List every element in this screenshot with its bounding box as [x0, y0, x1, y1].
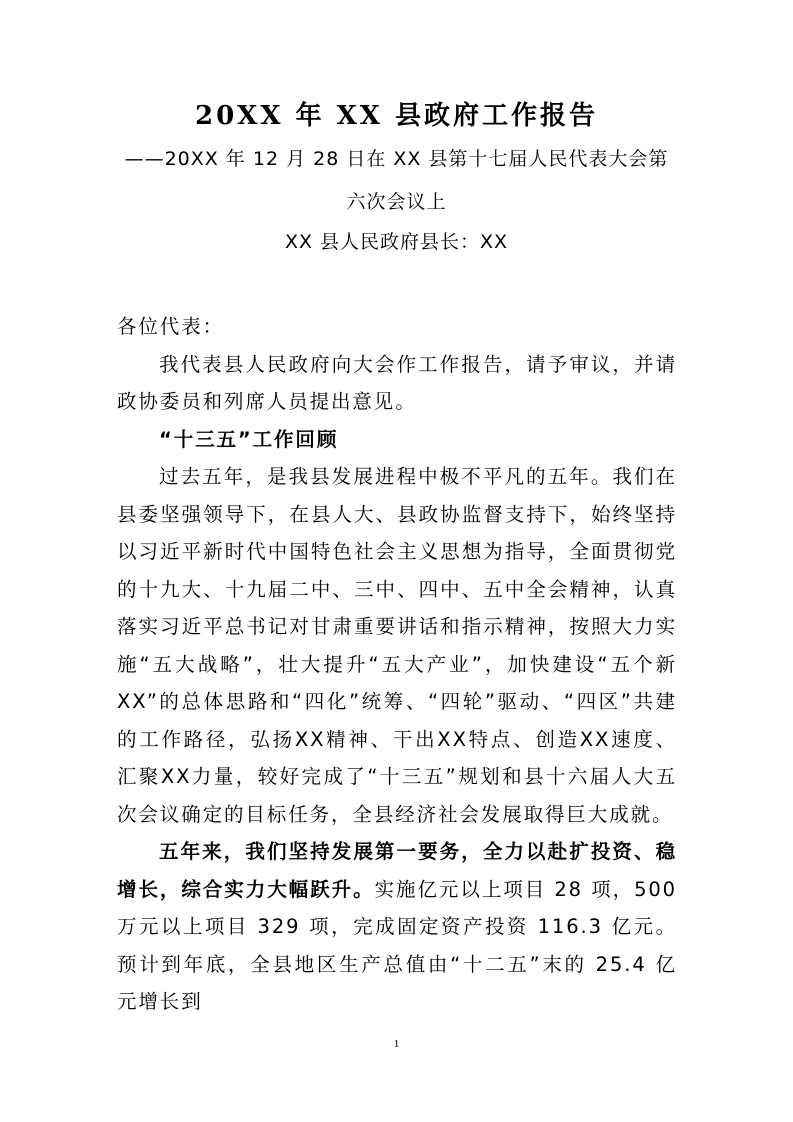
paragraph-investment: 五年来，我们坚持发展第一要务，全力以赴扩投资、稳增长，综合实力大幅跃升。实施亿元… — [117, 833, 677, 1021]
section-heading: “十三五”工作回顾 — [117, 421, 677, 459]
document-title: 20XX 年 XX 县政府工作报告 — [0, 96, 793, 136]
document-page: 20XX 年 XX 县政府工作报告 ——20XX 年 12 月 28 日在 XX… — [0, 0, 793, 1122]
document-body: 各位代表： 我代表县人民政府向大会作工作报告，请予审议，并请政协委员和列席人员提… — [117, 308, 677, 1021]
document-author: XX 县人民政府县长：XX — [0, 227, 793, 257]
document-subtitle-line2: 六次会议上 — [0, 187, 793, 217]
document-subtitle-line1: ——20XX 年 12 月 28 日在 XX 县第十七届人民代表大会第 — [0, 144, 793, 174]
salutation: 各位代表： — [117, 308, 677, 346]
page-number: 1 — [0, 1038, 793, 1050]
paragraph-review: 过去五年，是我县发展进程中极不平凡的五年。我们在县委坚强领导下，在县人大、县政协… — [117, 458, 677, 833]
intro-paragraph: 我代表县人民政府向大会作工作报告，请予审议，并请政协委员和列席人员提出意见。 — [117, 346, 677, 421]
